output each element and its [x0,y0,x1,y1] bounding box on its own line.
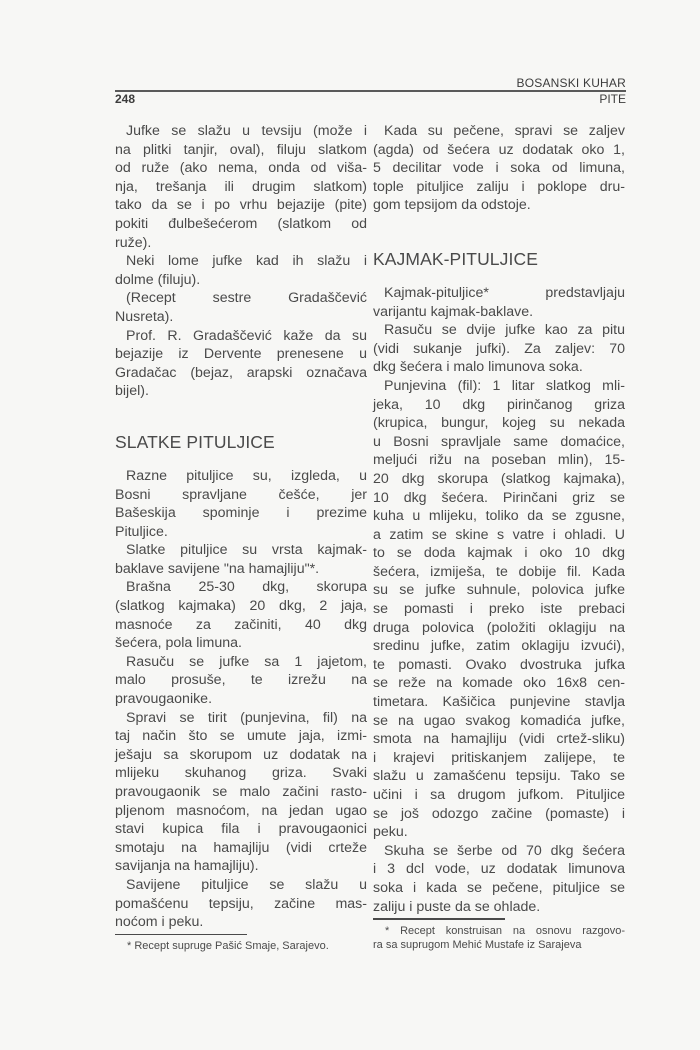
text-line: se još odozgo začine (pomaste) i [373,805,625,824]
section-heading-slatke-pituljice: SLATKE PITULJICE [115,431,367,453]
text-line: slažu u zamašćenu tepsiju. Tako se [373,767,625,786]
footnote-line: * Recept konstruisan na osnovu razgovo- [373,924,625,939]
text-line: Jufke se slažu u tevsiju (može i [115,122,367,141]
text-line: (agda) od šećera uz dodatak oko 1, [373,141,625,160]
text-line: se na ugao svakog komadića jufke, [373,712,625,731]
slatke-pituljice-continuation: Kada su pečene, spravi se zaljev (agda) … [373,122,625,215]
text-line: Kajmak-pituljice* predstavljaju [373,284,625,303]
bejazije-continuation: Jufke se slažu u tevsiju (može i na plit… [115,122,367,401]
footnote-line: ra sa suprugom Mehić Mustafe iz Sarajeva [373,938,625,953]
text-line: mlijeku skuhanog griza. Svaki [115,764,367,783]
footnote-rule [373,918,505,920]
text-line: smotaju na hamajliju (vidi crteže [115,839,367,858]
text-line: masnoće za začiniti, 40 dkg [115,616,367,635]
text-line: to se doda kajmak i oko 10 dkg [373,544,625,563]
text-line: Pituljice. [115,523,367,542]
text-line: i krajevi pritiskanjem zalijepe, te [373,749,625,768]
text-line: bejazije iz Dervente prenesene u [115,345,367,364]
text-line: i 3 dcl vode, uz dodatak limunova [373,860,625,879]
text-line: tople pituljice zaliju i poklope dru- [373,178,625,197]
text-line: meljući rižu na poseban mlin), 15- [373,451,625,470]
text-line: šećera, pola limuna. [115,634,367,653]
text-line: Savijene pituljice se slažu u [115,876,367,895]
text-line: 5 decilitar vode i soka od limuna, [373,159,625,178]
text-line: (vidi sukanje jufki). Za zaljev: 70 [373,340,625,359]
text-line: dolme (filuju). [115,271,367,290]
text-line: (slatkog kajmaka) 20 dkg, 2 jaja, [115,597,367,616]
text-line: Rasuču se jufke sa 1 jajetom, [115,653,367,672]
text-line: Brašna 25-30 dkg, skorupa [115,578,367,597]
text-line: bijel). [115,382,367,401]
text-line: varijantu kajmak-baklave. [373,303,625,322]
footnote: * Recept supruge Pašić Smaje, Sarajevo. [115,939,367,954]
text-line: timetara. Kašičica punjevine stavlja [373,693,625,712]
text-line: a zatim se skine s vatre i ohladi. U [373,526,625,545]
left-column: Jufke se slažu u tevsiju (može i na plit… [115,122,367,954]
text-line: su se jufke suhnule, polovica jufke [373,581,625,600]
text-line: noćom i peku. [115,913,367,932]
kajmak-pituljice-body: Kajmak-pituljice* predstavljaju varijant… [373,284,625,916]
text-line: malo prosuše, te izrežu na [115,671,367,690]
text-line: zaliju i puste da se ohlade. [373,898,625,917]
page-number: 248 [115,92,135,106]
text-line: druga polovica (položiti oklagiju na [373,619,625,638]
text-line: smota na hamajliju (vidi crtež-sliku) [373,730,625,749]
text-line: (Recept sestre Gradaščević [115,289,367,308]
text-line: pljenom masnoćom, na jedan ugao [115,802,367,821]
text-line: soka i kada se pečene, pituljice se [373,879,625,898]
text-line: šećera, izmiješa, te dobije fil. Kada [373,563,625,582]
text-line: kuha u mlijeku, toliko da se zgusne, [373,507,625,526]
text-line: se pomasti i preko iste prebaci [373,600,625,619]
header-rule [115,90,626,92]
text-line: taj način što se umute jaja, izmi- [115,727,367,746]
text-line: u Bosni spravljale same domaćice, [373,433,625,452]
text-line: pravougaonike. [115,690,367,709]
section-name: PITE [599,92,626,106]
text-line: Bosni spravljane češće, jer [115,486,367,505]
text-line: sredinu jufke, zatim oklagiju izvući), [373,637,625,656]
spacer [115,401,367,431]
text-line: ješaju sa skorupom uz dodatak na [115,746,367,765]
text-line: ruže). [115,234,367,253]
text-line: tako da se i po vrhu bejazije (pite) [115,196,367,215]
section-heading-kajmak-pituljice: KAJMAK-PITULJICE [373,248,625,270]
spacer [373,270,625,284]
text-line: Skuha se šerbe od 70 dkg šećera [373,842,625,861]
text-line: Bašeskija spominje i prezime [115,504,367,523]
text-line: baklave savijene "na hamajliju"*. [115,560,367,579]
text-line: Slatke pituljice su vrsta kajmak- [115,541,367,560]
text-line: stavi kupica fila i pravougaonici [115,820,367,839]
right-column: Kada su pečene, spravi se zaljev (agda) … [373,122,625,953]
text-line: te pomasti. Ovako dvostruka jufka [373,656,625,675]
text-line: se reže na komade oko 16x8 cen- [373,674,625,693]
text-line: savijanja na hamajliju). [115,857,367,876]
footnote-rule [115,934,247,936]
text-line: Razne pituljice su, izgleda, u [115,467,367,486]
text-line: Spravi se tirit (punjevina, fil) na [115,709,367,728]
text-line: gom tepsijom da odstoje. [373,196,625,215]
text-line: od ruže (ako nema, onda od viša- [115,159,367,178]
text-line: pravougaonik se malo začini rasto- [115,783,367,802]
text-line: učini i sa drugom jufkom. Pituljice [373,786,625,805]
text-line: Nusreta). [115,308,367,327]
text-line: na plitki tanjir, oval), filuju slatkom [115,141,367,160]
text-line: nja, trešanja ili drugim slatkom) [115,178,367,197]
spacer [373,215,625,248]
text-line: pokiti đulbešećerom (slatkom od [115,215,367,234]
text-line: Prof. R. Gradaščević kaže da su [115,327,367,346]
text-line: Rasuču se dvije jufke kao za pitu [373,321,625,340]
text-line: Gradačac (bejaz, arapski označava [115,364,367,383]
text-line: dkg šećera i malo limunova soka. [373,358,625,377]
spacer [115,453,367,467]
running-header: BOSANSKI KUHAR 248 PITE [115,72,626,106]
text-line: peku. [373,823,625,842]
text-line: 10 dkg šećera. Pirinčani griz se [373,489,625,508]
text-line: jeka, 10 dkg pirinčanog griza [373,396,625,415]
text-line: (krupica, bungur, kojeg su nekada [373,414,625,433]
slatke-pituljice-body: Razne pituljice su, izgleda, u Bosni spr… [115,467,367,932]
text-line: Punjevina (fil): 1 litar slatkog mli- [373,377,625,396]
text-line: pomašćenu tepsiju, začine mas- [115,895,367,914]
text-line: Neki lome jufke kad ih slažu i [115,252,367,271]
book-title: BOSANSKI KUHAR [517,76,627,90]
text-line: Kada su pečene, spravi se zaljev [373,122,625,141]
text-line: 20 dkg skorupa (slatkog kajmaka), [373,470,625,489]
